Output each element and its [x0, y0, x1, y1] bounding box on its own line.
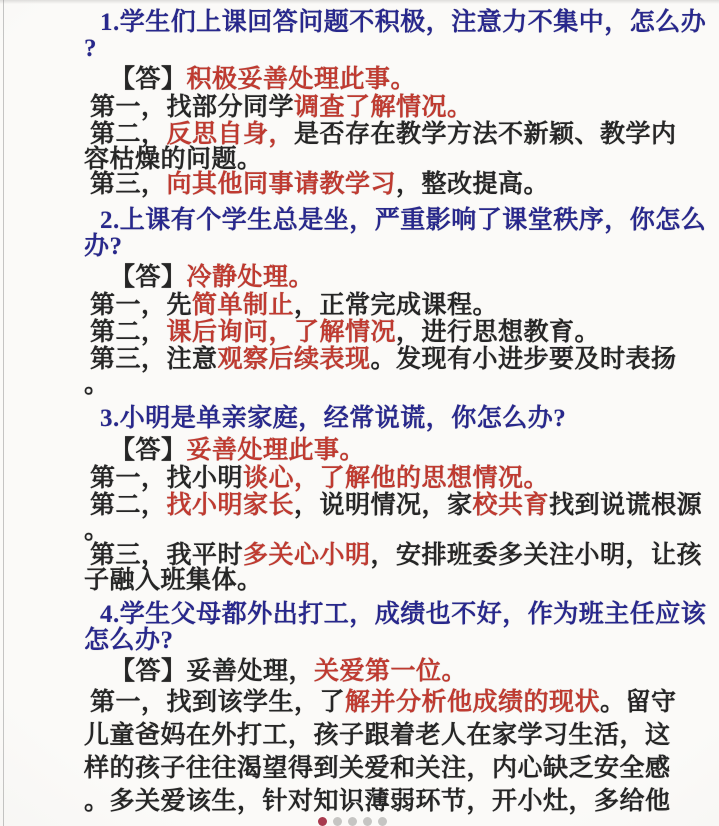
text-segment-black: 儿童爸妈在外打工，孩子跟着老人在家学习生活，这: [84, 722, 671, 749]
body-line: 。: [84, 373, 671, 396]
body-line: 第二，反思自身，是否存在教学方法不新颖、教学内: [84, 121, 671, 148]
text-segment-black: ，说明情况，家: [294, 492, 473, 519]
text-segment-black: ，安排班委多关注小明，让孩: [371, 542, 703, 569]
question-heading-line: 4.学生父母都外出打工，成绩也不好，作为班主任应该: [84, 601, 671, 628]
text-segment-red: 找小明家长: [167, 492, 295, 519]
text-segment-black: 样的孩子往往渴望得到关爱和关注，内心缺乏安全感: [84, 755, 671, 782]
text-segment-black: 。: [84, 371, 110, 398]
body-line: 第一，找小明谈心，了解他的思想情况。: [84, 465, 671, 492]
text-segment-black: 。: [84, 517, 110, 544]
text-segment-red: 关爱第一位。: [314, 658, 467, 685]
question-heading-line: 办?: [84, 234, 671, 259]
text-segment-blue: 3.小明是单亲家庭，经常说谎，你怎么办?: [100, 405, 566, 432]
text-segment-black: 子融入班集体。: [84, 567, 263, 594]
text-segment-black: 第二，: [90, 492, 167, 519]
question-heading-line: 1.学生们上课回答问题不积极，注意力不集中，怎么办: [84, 9, 671, 36]
text-segment-black: ，整改提高。: [396, 171, 549, 198]
text-segment-black: 第三，我平时: [90, 542, 243, 569]
text-segment-black: 第一，先: [90, 292, 192, 319]
text-segment-blue: 4.学生父母都外出打工，成绩也不好，作为班主任应该: [100, 601, 706, 628]
body-line: 第一，找到该学生，了解并分析他成绩的现状。留守: [84, 686, 671, 719]
text-segment-black: 。发现有小进步要及时表扬: [371, 346, 677, 373]
page-dot[interactable]: [333, 817, 342, 826]
body-line: 第一，先简单制止，正常完成课程。: [84, 292, 671, 319]
text-segment-black: 第三，注意: [90, 346, 218, 373]
page-dot[interactable]: [363, 817, 372, 826]
text-segment-blue: 2.上课有个学生总是坐，严重影响了课堂秩序，你怎么: [100, 207, 706, 234]
document-page: 1.学生们上课回答问题不积极，注意力不集中，怎么办?【答】积极妥善处理此事。第一…: [84, 9, 671, 818]
text-segment-red: 反思自身，: [167, 121, 295, 148]
text-segment-blue: ?: [84, 35, 97, 62]
question-heading-line: 2.上课有个学生总是坐，严重影响了课堂秩序，你怎么: [84, 207, 671, 234]
body-line: 第一，找部分同学调查了解情况。: [84, 94, 671, 121]
text-segment-black: 第一，找到该学生，了: [90, 689, 345, 716]
text-segment-red: 谈心，了解他的思想情况。: [243, 465, 549, 492]
question-block-2: 2.上课有个学生总是坐，严重影响了课堂秩序，你怎么办?【答】冷静处理。第一，先简…: [84, 207, 671, 396]
text-segment-black: 是否存在教学方法不新颖、教学内: [294, 121, 677, 148]
text-segment-black: 第三，: [90, 171, 167, 198]
question-heading-line: ?: [84, 36, 671, 61]
text-segment-red: 向其他同事请教学习: [167, 171, 397, 198]
question-block-4: 4.学生父母都外出打工，成绩也不好，作为班主任应该怎么办?【答】妥善处理，关爱第…: [84, 601, 671, 818]
text-segment-black: 第二，: [90, 121, 167, 148]
page-dot-active[interactable]: [318, 817, 327, 826]
body-line: 容枯燥的问题。: [84, 148, 671, 171]
text-segment-red: 校共育: [473, 492, 550, 519]
text-segment-blue: 办?: [84, 233, 123, 260]
text-segment-red: 多关心小明: [243, 542, 371, 569]
text-segment-black: 第二，: [90, 319, 167, 346]
text-segment-black: 第一，找小明: [90, 465, 243, 492]
body-line: 。: [84, 519, 671, 542]
text-segment-black: 【答】: [110, 66, 187, 93]
body-line: 第三，我平时多关心小明，安排班委多关注小明，让孩: [84, 542, 671, 569]
text-segment-red: 调查了解情况。: [294, 94, 473, 121]
text-segment-red: 简单制止: [192, 292, 294, 319]
text-segment-red: 冷静处理。: [187, 264, 315, 291]
text-segment-red: 课后询问，了解情况: [167, 319, 397, 346]
text-segment-black: 。多关爱该生，针对知识薄弱环节，开小灶，多给他: [84, 788, 671, 815]
answer-line: 【答】积极妥善处理此事。: [84, 66, 671, 93]
page-dot[interactable]: [378, 817, 387, 826]
body-line: 样的孩子往往渴望得到关爱和关注，内心缺乏安全感: [84, 752, 671, 785]
text-segment-blue: 1.学生们上课回答问题不积极，注意力不集中，怎么办: [100, 9, 706, 36]
page-dot[interactable]: [348, 817, 357, 826]
document-photo-page: 1.学生们上课回答问题不积极，注意力不集中，怎么办?【答】积极妥善处理此事。第一…: [0, 0, 719, 826]
text-segment-black: 【答】妥善处理，: [110, 658, 314, 685]
body-line: 儿童爸妈在外打工，孩子跟着老人在家学习生活，这: [84, 719, 671, 752]
text-segment-black: ，正常完成课程。: [294, 292, 498, 319]
text-segment-red: 解并分析他成绩的现状: [345, 689, 600, 716]
question-heading-line: 怎么办?: [84, 628, 671, 653]
answer-line: 【答】妥善处理此事。: [84, 437, 671, 464]
text-segment-black: 【答】: [110, 264, 187, 291]
text-segment-blue: 怎么办?: [84, 627, 174, 654]
body-line: 第二，找小明家长，说明情况，家校共育找到说谎根源: [84, 492, 671, 519]
body-line: 第二，课后询问，了解情况，进行思想教育。: [84, 319, 671, 346]
text-segment-black: 。留守: [600, 689, 677, 716]
text-segment-black: ，进行思想教育。: [396, 319, 600, 346]
page-indicator: [318, 817, 387, 826]
body-line: 第三，向其他同事请教学习，整改提高。: [84, 171, 671, 198]
text-segment-black: 容枯燥的问题。: [84, 146, 263, 173]
answer-line: 【答】冷静处理。: [84, 264, 671, 291]
text-segment-black: 找到说谎根源: [549, 492, 702, 519]
question-block-1: 1.学生们上课回答问题不积极，注意力不集中，怎么办?【答】积极妥善处理此事。第一…: [84, 9, 671, 198]
text-segment-black: 第一，找部分同学: [90, 94, 294, 121]
text-segment-red: 积极妥善处理此事。: [187, 66, 417, 93]
body-line: 子融入班集体。: [84, 569, 671, 592]
answer-line: 【答】妥善处理，关爱第一位。: [84, 658, 671, 685]
text-segment-black: 【答】: [110, 437, 187, 464]
body-line: 第三，注意观察后续表现。发现有小进步要及时表扬: [84, 346, 671, 373]
question-heading-line: 3.小明是单亲家庭，经常说谎，你怎么办?: [84, 405, 671, 432]
body-line: 。多关爱该生，针对知识薄弱环节，开小灶，多给他: [84, 785, 671, 818]
text-segment-red: 妥善处理此事。: [187, 437, 366, 464]
question-block-3: 3.小明是单亲家庭，经常说谎，你怎么办?【答】妥善处理此事。第一，找小明谈心，了…: [84, 405, 671, 592]
text-segment-red: 观察后续表现: [218, 346, 371, 373]
